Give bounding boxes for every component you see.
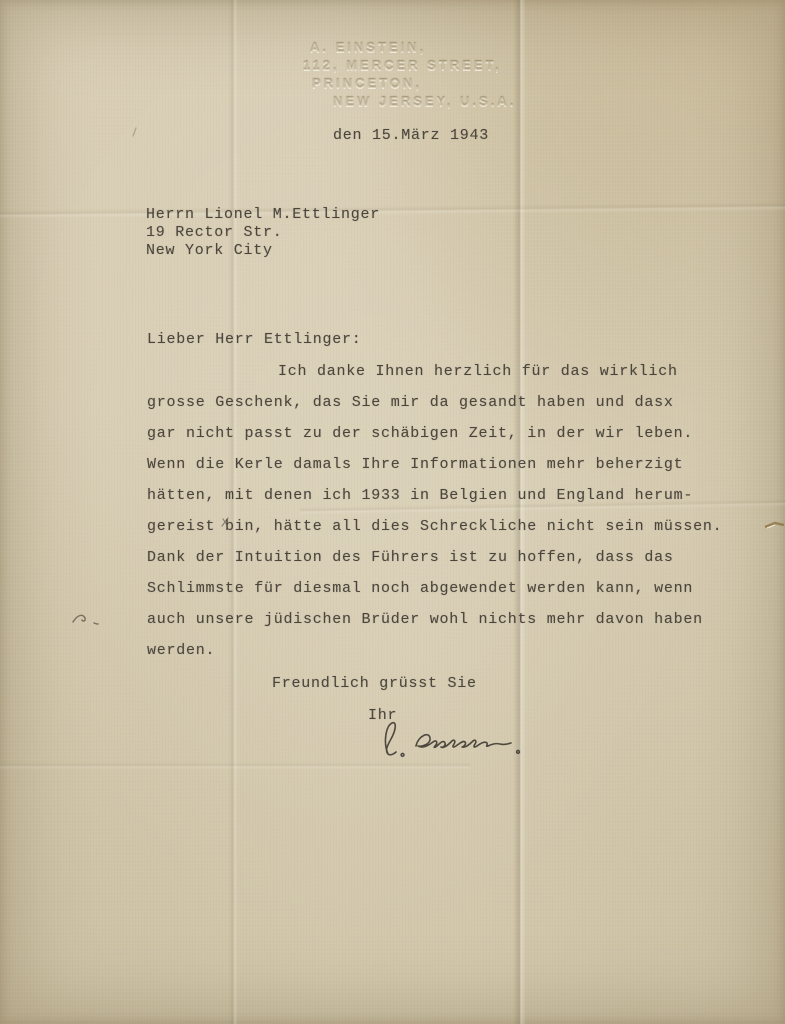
body-line: gar nicht passt zu der schäbigen Zeit, i… [147,425,693,442]
fold-crease-horizontal-top [0,202,785,219]
overstrike-mark [221,515,229,527]
body-line: gereist bin, hätte all dies Schreckliche… [147,518,722,535]
date-line: den 15.März 1943 [333,127,489,144]
body-line: Wenn die Kerle damals Ihre Informationen… [147,456,683,473]
letterhead-name: A. EINSTEIN, [310,40,426,55]
recipient-name: Herrn Lionel M.Ettlinger [146,206,380,223]
edge-tear-mark [763,515,785,535]
signature: A. Einstein. [372,716,547,761]
closing-line: Freundlich grüsst Sie [272,675,477,692]
letterhead-street: 112, MERCER STREET, [303,58,502,73]
recipient-street: 19 Rector Str. [146,224,283,241]
body-line: auch unsere jüdischen Brüder wohl nichts… [147,611,703,628]
recipient-city: New York City [146,242,273,259]
body-line: grosse Geschenk, das Sie mir da gesandt … [147,394,674,411]
fold-crease-vertical-left [228,0,238,1024]
body-line: hätten, mit denen ich 1933 in Belgien un… [147,487,693,504]
smudge-mark [131,124,139,134]
letter-page: A. EINSTEIN, 112, MERCER STREET, PRINCET… [0,0,785,1024]
pen-mark [70,610,104,628]
fold-crease-vertical-right [513,0,526,1024]
fold-crease-horizontal-bottom [0,762,470,770]
body-line: werden. [147,642,215,659]
letterhead-city: PRINCETON, [312,76,422,91]
letterhead-country: NEW JERSEY, U.S.A. [333,94,516,109]
salutation: Lieber Herr Ettlinger: [147,331,362,348]
body-line: Schlimmste für diesmal noch abgewendet w… [147,580,693,597]
body-line: Dank der Intuition des Führers ist zu ho… [147,549,674,566]
body-line: Ich danke Ihnen herzlich für das wirklic… [278,363,678,380]
signature-handwriting [372,716,547,761]
